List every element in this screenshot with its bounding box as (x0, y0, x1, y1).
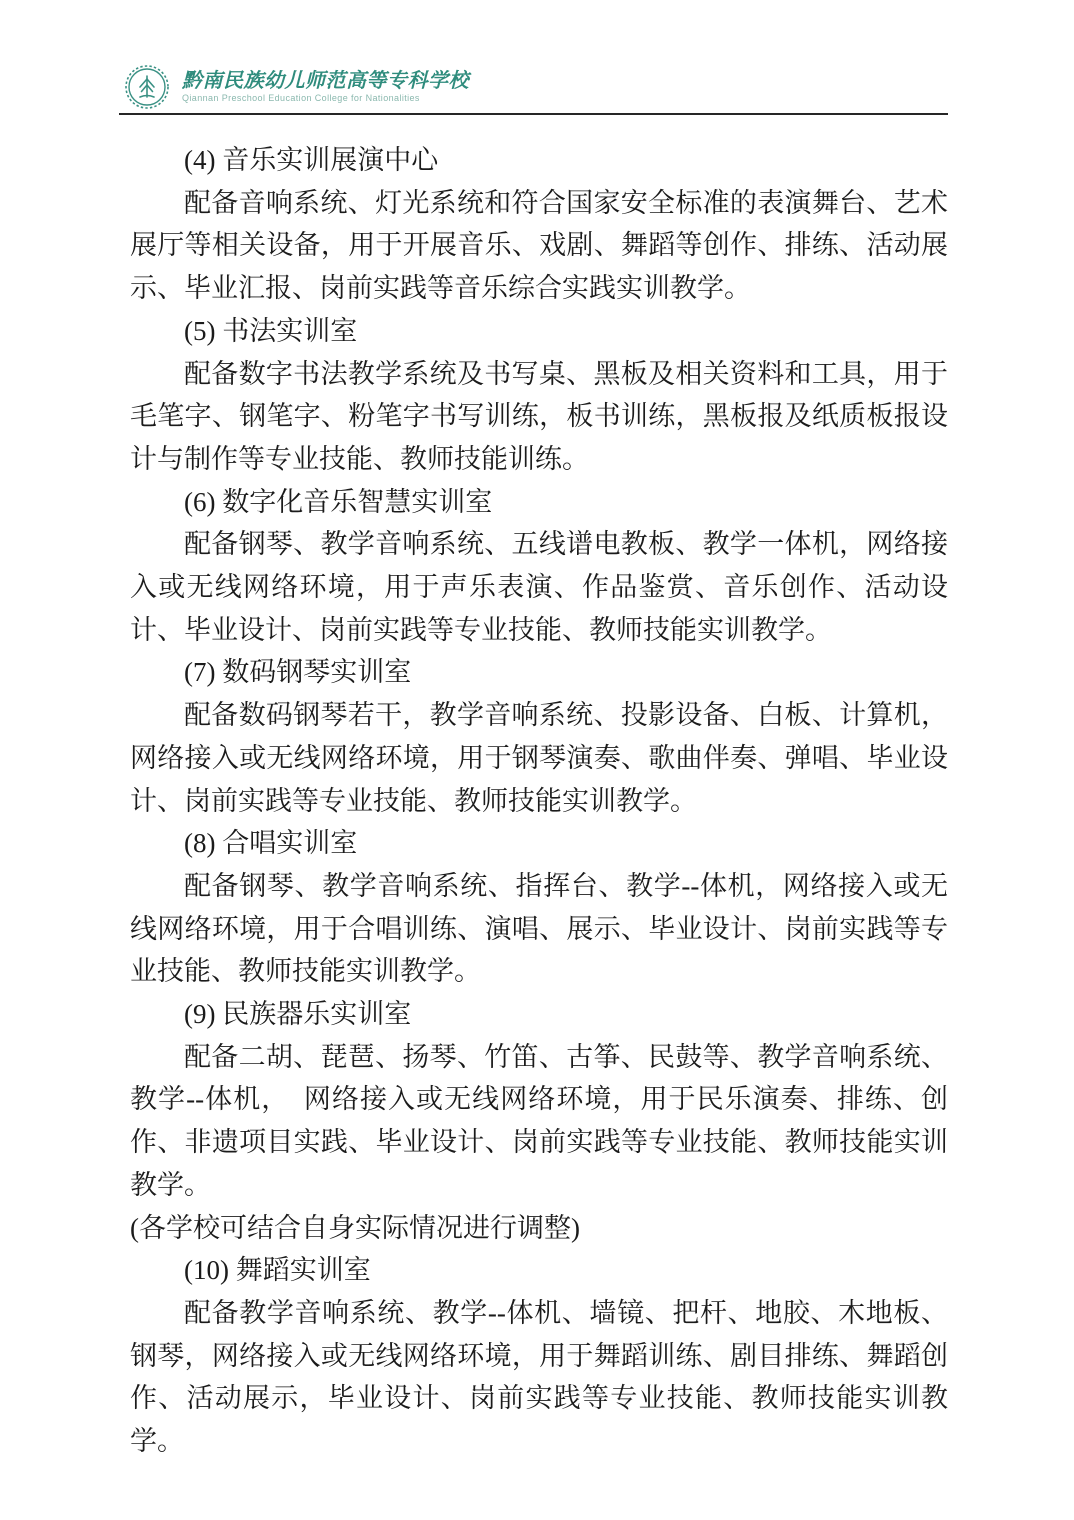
document-body: (4) 音乐实训展演中心 配备音响系统、灯光系统和符合国家安全标准的表演舞台、艺… (130, 139, 948, 1463)
section-dance-room: (10) 舞蹈实训室 配备教学音响系统、教学--体机、墙镜、把杆、地胶、木地板、… (130, 1249, 948, 1463)
section-music-show-center: (4) 音乐实训展演中心 配备音响系统、灯光系统和符合国家安全标准的表演舞台、艺… (130, 139, 948, 310)
section-title: (4) 音乐实训展演中心 (130, 139, 948, 182)
section-body: 配备音响系统、灯光系统和符合国家安全标准的表演舞台、艺术展厅等相关设备，用于开展… (130, 182, 948, 310)
school-logo: 黔南民族幼儿师范高等专科学校 Qiannan Preschool Educati… (124, 64, 469, 110)
header-divider (119, 113, 948, 115)
section-calligraphy-room: (5) 书法实训室 配备数字书法教学系统及书写桌、黑板及相关资料和工具，用于毛笔… (130, 310, 948, 481)
section-title: (6) 数字化音乐智慧实训室 (130, 481, 948, 524)
section-body: 配备数码钢琴若干，教学音响系统、投影设备、白板、计算机，网络接入或无线网络环境，… (130, 694, 948, 822)
school-name-block: 黔南民族幼儿师范高等专科学校 Qiannan Preschool Educati… (182, 64, 469, 104)
section-title: (9) 民族器乐实训室 (130, 993, 948, 1036)
school-name-en: Qiannan Preschool Education College for … (182, 93, 469, 104)
section-body: 配备钢琴、教学音响系统、五线谱电教板、教学一体机，网络接入或无线网络环境，用于声… (130, 523, 948, 651)
section-digital-piano-room: (7) 数码钢琴实训室 配备数码钢琴若干，教学音响系统、投影设备、白板、计算机，… (130, 651, 948, 822)
section-body: 配备二胡、琵琶、扬琴、竹笛、古筝、民鼓等、教学音响系统、教学--体机， 网络接入… (130, 1036, 948, 1207)
school-seal-icon (124, 64, 170, 110)
section-title: (10) 舞蹈实训室 (130, 1249, 948, 1292)
section-title: (8) 合唱实训室 (130, 822, 948, 865)
section-title: (7) 数码钢琴实训室 (130, 651, 948, 694)
school-name-cn: 黔南民族幼儿师范高等专科学校 (182, 69, 469, 91)
section-body: 配备教学音响系统、教学--体机、墙镜、把杆、地胶、木地板、钢琴，网络接入或无线网… (130, 1292, 948, 1463)
section-digital-music-room: (6) 数字化音乐智慧实训室 配备钢琴、教学音响系统、五线谱电教板、教学一体机，… (130, 481, 948, 652)
section-note: (各学校可结合自身实际情况进行调整) (130, 1207, 948, 1250)
section-title: (5) 书法实训室 (130, 310, 948, 353)
section-body: 配备钢琴、教学音响系统、指挥台、教学--体机，网络接入或无线网络环境，用于合唱训… (130, 865, 948, 993)
document-page: { "header": { "school_name_cn": "黔南民族幼儿师… (0, 0, 1074, 1520)
section-chorus-room: (8) 合唱实训室 配备钢琴、教学音响系统、指挥台、教学--体机，网络接入或无线… (130, 822, 948, 993)
section-body: 配备数字书法教学系统及书写桌、黑板及相关资料和工具，用于毛笔字、钢笔字、粉笔字书… (130, 353, 948, 481)
section-folk-instrument-room: (9) 民族器乐实训室 配备二胡、琵琶、扬琴、竹笛、古筝、民鼓等、教学音响系统、… (130, 993, 948, 1249)
